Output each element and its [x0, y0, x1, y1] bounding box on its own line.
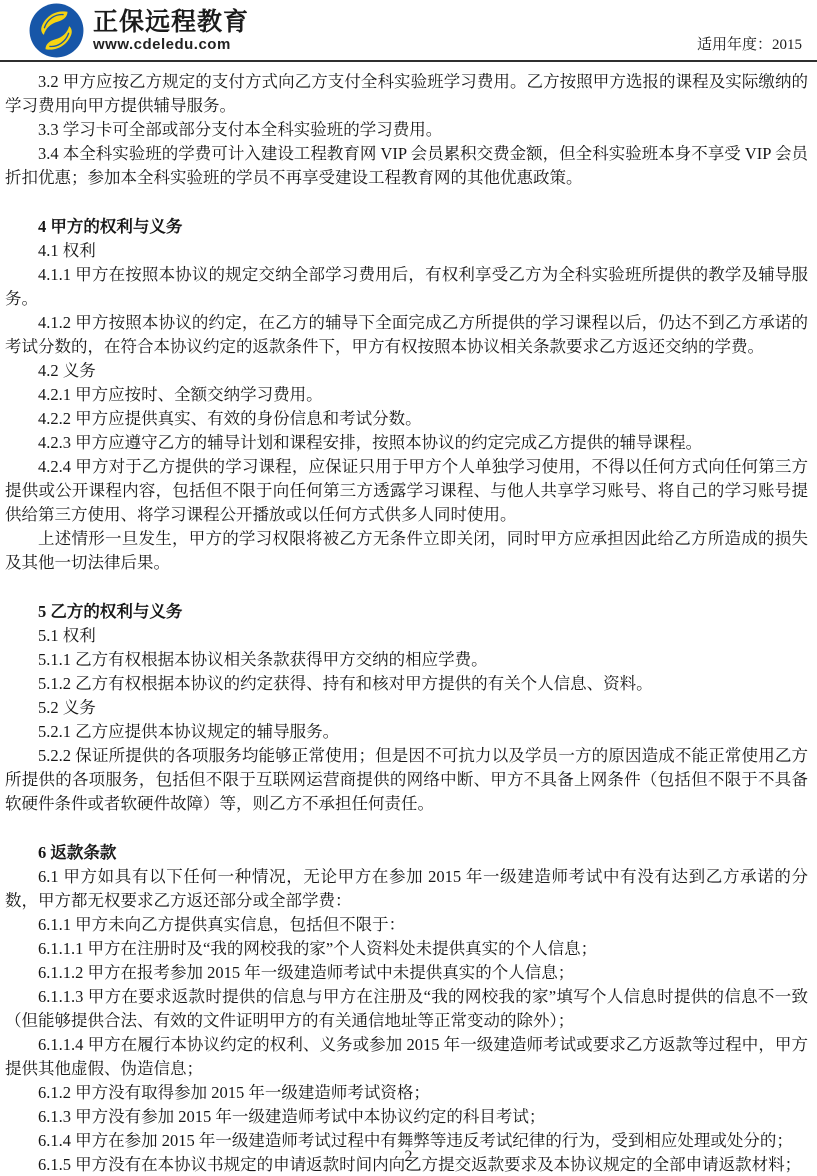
clause-paragraph: 6.1.1.3 甲方在要求返款时提供的信息与甲方在注册及“我的网校我的家”填写个… [5, 985, 808, 1033]
clause-paragraph: 6.1.1.1 甲方在注册时及“我的网校我的家”个人资料处未提供真实的个人信息； [5, 937, 808, 961]
clause-paragraph: 4.2 义务 [5, 359, 808, 383]
page-number: 2 [0, 1148, 817, 1166]
clause-paragraph: 5.1 权利 [5, 624, 808, 648]
section-heading: 4 甲方的权利与义务 [5, 215, 808, 239]
applicable-year-label: 适用年度：2015 [697, 33, 802, 54]
clause-paragraph: 4.1 权利 [5, 239, 808, 263]
clause-paragraph: 6.1.1 甲方未向乙方提供真实信息，包括但不限于： [5, 913, 808, 937]
clause-paragraph: 4.2.2 甲方应提供真实、有效的身份信息和考试分数。 [5, 407, 808, 431]
clause-paragraph: 4.1.2 甲方按照本协议的约定，在乙方的辅导下全面完成乙方所提供的学习课程以后… [5, 311, 808, 359]
clause-paragraph: 6.1.1.4 甲方在履行本协议约定的权利、义务或参加 2015 年一级建造师考… [5, 1033, 808, 1081]
clause-paragraph: 3.4 本全科实验班的学费可计入建设工程教育网 VIP 会员累积交费金额，但全科… [5, 142, 808, 190]
clause-paragraph: 6.1.1.2 甲方在报考参加 2015 年一级建造师考试中未提供真实的个人信息… [5, 961, 808, 985]
clause-paragraph: 3.2 甲方应按乙方规定的支付方式向乙方支付全科实验班学习费用。乙方按照甲方选报… [5, 70, 808, 118]
clause-paragraph: 6.1.3 甲方没有参加 2015 年一级建造师考试中本协议约定的科目考试； [5, 1105, 808, 1129]
brand-name: 正保远程教育 [93, 8, 249, 36]
page-header: 正保远程教育 www.cdeledu.com 适用年度：2015 [0, 0, 817, 62]
section-heading: 5 乙方的权利与义务 [5, 600, 808, 624]
clause-paragraph: 6.1 甲方如具有以下任何一种情况，无论甲方在参加 2015 年一级建造师考试中… [5, 865, 808, 913]
clause-paragraph: 5.1.1 乙方有权根据本协议相关条款获得甲方交纳的相应学费。 [5, 648, 808, 672]
clause-paragraph: 4.2.4 甲方对于乙方提供的学习课程，应保证只用于甲方个人单独学习使用，不得以… [5, 455, 808, 527]
clause-paragraph: 4.1.1 甲方在按照本协议的规定交纳全部学习费用后，有权利享受乙方为全科实验班… [5, 263, 808, 311]
brand-logo-icon [29, 3, 84, 58]
brand-url: www.cdeledu.com [93, 36, 249, 54]
clause-paragraph: 5.1.2 乙方有权根据本协议的约定获得、持有和核对甲方提供的有关个人信息、资料… [5, 672, 808, 696]
document-body: 3.2 甲方应按乙方规定的支付方式向乙方支付全科实验班学习费用。乙方按照甲方选报… [0, 62, 817, 1176]
clause-paragraph: 6.1.2 甲方没有取得参加 2015 年一级建造师考试资格； [5, 1081, 808, 1105]
clause-paragraph: 上述情形一旦发生，甲方的学习权限将被乙方无条件立即关闭，同时甲方应承担因此给乙方… [5, 527, 808, 575]
section-heading: 6 返款条款 [5, 841, 808, 865]
clause-paragraph: 5.2 义务 [5, 696, 808, 720]
brand-text: 正保远程教育 www.cdeledu.com [93, 8, 249, 54]
clause-paragraph: 5.2.2 保证所提供的各项服务均能够正常使用；但是因不可抗力以及学员一方的原因… [5, 744, 808, 816]
clause-paragraph: 5.2.1 乙方应提供本协议规定的辅导服务。 [5, 720, 808, 744]
clause-paragraph: 4.2.3 甲方应遵守乙方的辅导计划和课程安排，按照本协议的约定完成乙方提供的辅… [5, 431, 808, 455]
clause-paragraph: 4.2.1 甲方应按时、全额交纳学习费用。 [5, 383, 808, 407]
brand: 正保远程教育 www.cdeledu.com [29, 3, 249, 58]
clause-paragraph: 3.3 学习卡可全部或部分支付本全科实验班的学习费用。 [5, 118, 808, 142]
